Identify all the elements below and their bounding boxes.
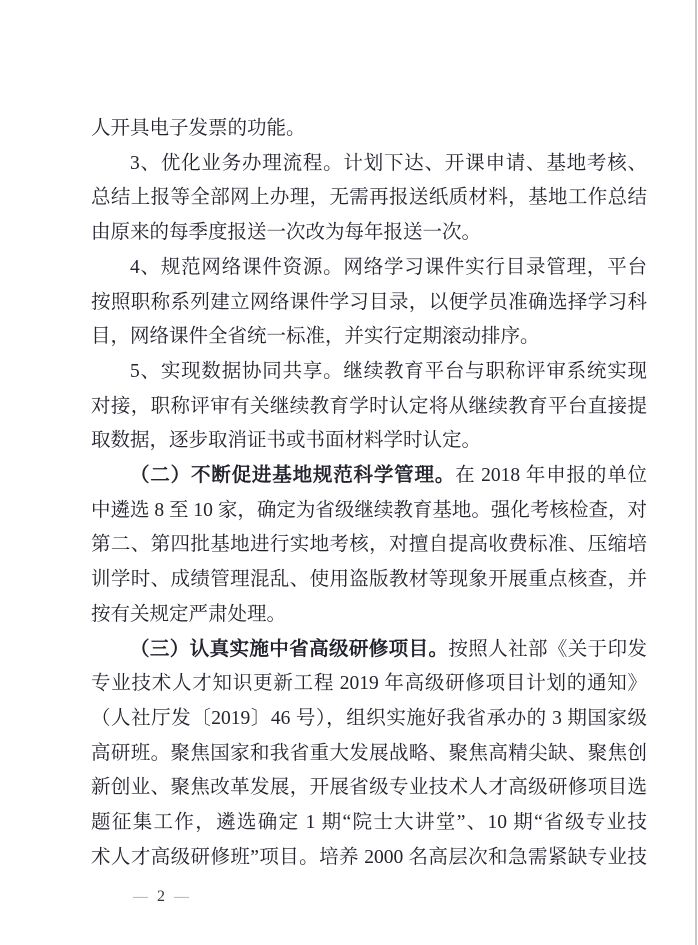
body-line: 术人才高级研修班”项目。培养 2000 名高层次和急需紧缺专业技 <box>91 841 647 876</box>
body-line: 总结上报等全部网上办理，无需再报送纸质材料，基地工作总结 <box>91 181 647 216</box>
body-line-text: 训学时、成绩管理混乱、使用盗版教材等现象开展重点核查，并 <box>91 569 647 590</box>
body-line: （三）认真实施中省高级研修项目。按照人社部《关于印发 <box>91 633 647 668</box>
body-line-text: 专业技术人才知识更新工程 2019 年高级研修项目计划的通知》 <box>91 673 647 694</box>
body-line: 5、实现数据协同共享。继续教育平台与职称评审系统实现 <box>91 355 647 390</box>
body-line: 专业技术人才知识更新工程 2019 年高级研修项目计划的通知》 <box>91 667 647 702</box>
body-line: 高研班。聚焦国家和我省重大发展战略、聚焦高精尖缺、聚焦创 <box>91 737 647 772</box>
body-line-text: 新创业、聚焦改革发展，开展省级专业技术人才高级研修项目选 <box>91 777 647 798</box>
body-line-text: 第二、第四批基地进行实地考核，对擅自提高收费标准、压缩培 <box>91 534 647 555</box>
body-line-text: 由原来的每季度报送一次改为每年报送一次。 <box>91 222 481 243</box>
body-line: 4、规范网络课件资源。网络学习课件实行目录管理，平台 <box>91 251 647 286</box>
body-line-text: 按照人社部《关于印发 <box>448 639 647 660</box>
page-number: — 2 — <box>133 886 189 908</box>
body-line-text: 题征集工作，遴选确定 1 期“院士大讲堂”、10 期“省级专业技 <box>91 812 647 833</box>
body-line-text: 术人才高级研修班”项目。培养 2000 名高层次和急需紧缺专业技 <box>91 847 647 868</box>
body-line: 题征集工作，遴选确定 1 期“院士大讲堂”、10 期“省级专业技 <box>91 806 647 841</box>
body-line: （人社厅发〔2019〕46 号），组织实施好我省承办的 3 期国家级 <box>91 702 647 737</box>
scan-edge-line <box>695 0 697 945</box>
page-number-dash-right: — <box>174 886 189 908</box>
body-line-text: 对接，职称评审有关继续教育学时认定将从继续教育平台直接提 <box>91 396 647 417</box>
body-line: 对接，职称评审有关继续教育学时认定将从继续教育平台直接提 <box>91 390 647 425</box>
body-line-text: 按照职称系列建立网络课件学习目录，以便学员准确选择学习科 <box>91 292 647 313</box>
body-line-text: 人开具电子发票的功能。 <box>91 118 306 139</box>
body-line: 取数据，逐步取消证书或书面材料学时认定。 <box>91 424 647 459</box>
section-3-heading: （三）认真实施中省高级研修项目。 <box>130 639 448 660</box>
page-number-value: 2 <box>157 886 165 908</box>
body-line-text: 在 2018 年申报的单位 <box>455 465 647 486</box>
body-line: 按有关规定严肃处理。 <box>91 598 647 633</box>
body-line: 中遴选 8 至 10 家，确定为省级继续教育基地。强化考核检查，对 <box>91 494 647 529</box>
body-line: 3、优化业务办理流程。计划下达、开课申请、基地考核、 <box>91 147 647 182</box>
body-line: 人开具电子发票的功能。 <box>91 112 647 147</box>
document-page: 人开具电子发票的功能。 3、优化业务办理流程。计划下达、开课申请、基地考核、 总… <box>0 0 698 945</box>
body-line: 训学时、成绩管理混乱、使用盗版教材等现象开展重点核查，并 <box>91 563 647 598</box>
body-line-text: 按有关规定严肃处理。 <box>91 604 286 625</box>
body-line-text: （人社厅发〔2019〕46 号），组织实施好我省承办的 3 期国家级 <box>91 708 647 729</box>
section-2-heading: （二）不断促进基地规范科学管理。 <box>130 465 455 486</box>
body-line: 目，网络课件全省统一标准，并实行定期滚动排序。 <box>91 320 647 355</box>
body-line: （二）不断促进基地规范科学管理。在 2018 年申报的单位 <box>91 459 647 494</box>
page-number-dash-left: — <box>133 886 148 908</box>
body-line: 新创业、聚焦改革发展，开展省级专业技术人才高级研修项目选 <box>91 771 647 806</box>
body-line-text: 4、规范网络课件资源。网络学习课件实行目录管理，平台 <box>130 257 647 278</box>
body-line: 按照职称系列建立网络课件学习目录，以便学员准确选择学习科 <box>91 286 647 321</box>
body-line-text: 5、实现数据协同共享。继续教育平台与职称评审系统实现 <box>130 361 647 382</box>
body-line-text: 取数据，逐步取消证书或书面材料学时认定。 <box>91 430 481 451</box>
document-body: 人开具电子发票的功能。 3、优化业务办理流程。计划下达、开课申请、基地考核、 总… <box>91 112 647 875</box>
body-line-text: 中遴选 8 至 10 家，确定为省级继续教育基地。强化考核检查，对 <box>91 500 647 521</box>
body-line-text: 目，网络课件全省统一标准，并实行定期滚动排序。 <box>91 326 540 347</box>
body-line-text: 总结上报等全部网上办理，无需再报送纸质材料，基地工作总结 <box>91 187 647 208</box>
body-line: 第二、第四批基地进行实地考核，对擅自提高收费标准、压缩培 <box>91 528 647 563</box>
body-line: 由原来的每季度报送一次改为每年报送一次。 <box>91 216 647 251</box>
body-line-text: 3、优化业务办理流程。计划下达、开课申请、基地考核、 <box>130 153 647 174</box>
body-line-text: 高研班。聚焦国家和我省重大发展战略、聚焦高精尖缺、聚焦创 <box>91 743 647 764</box>
